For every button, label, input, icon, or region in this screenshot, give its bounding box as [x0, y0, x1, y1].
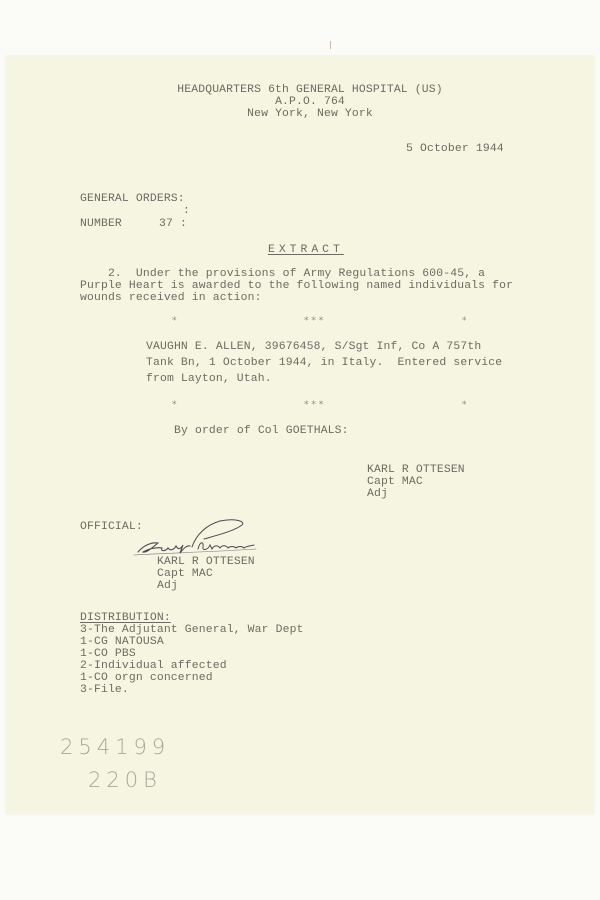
signatory-name: KARL R OTTESEN	[367, 464, 465, 476]
signatory-rank: Capt MAC	[367, 476, 423, 488]
document-scan: HEADQUARTERS 6th GENERAL HOSPITAL (US) A…	[0, 0, 600, 900]
letterhead-line-1: HEADQUARTERS 6th GENERAL HOSPITAL (US)	[150, 84, 470, 96]
separator-stars-middle: * * *	[304, 400, 323, 410]
handwritten-signature	[130, 515, 265, 560]
separator-stars-middle: * * *	[304, 316, 323, 326]
official-title: Adj	[157, 580, 178, 592]
pencil-note-line-1: 254199	[60, 735, 170, 759]
signatory-title: Adj	[367, 488, 388, 500]
official-name: KARL R OTTESEN	[157, 556, 255, 568]
citation-line-3: from Layton, Utah.	[146, 373, 272, 385]
distribution-item: 3-File.	[80, 684, 129, 696]
citation-line-2: Tank Bn, 1 October 1944, in Italy. Enter…	[146, 357, 502, 369]
separator-star-right: *	[462, 316, 467, 326]
scan-mark	[330, 41, 331, 49]
paragraph-line-2: Purple Heart is awarded to the following…	[80, 280, 513, 292]
distribution-item: 1-CO orgn concerned	[80, 672, 213, 684]
citation-line-1: VAUGHN E. ALLEN, 39676458, S/Sgt Inf, Co…	[146, 341, 481, 353]
order-number-label: NUMBER	[80, 218, 122, 230]
pencil-note-line-2: 220B	[88, 768, 162, 792]
general-orders-label: GENERAL ORDERS:	[80, 193, 185, 205]
order-date: 5 October 1944	[406, 143, 504, 155]
extract-heading: EXTRACT	[268, 244, 344, 256]
separator-star-left: *	[172, 400, 177, 410]
order-number-value: 37 :	[159, 218, 187, 230]
distribution-item: 1-CG NATOUSA	[80, 636, 164, 648]
by-order-line: By order of Col GOETHALS:	[174, 425, 349, 437]
distribution-item: 1-CO PBS	[80, 648, 136, 660]
letterhead-line-3: New York, New York	[150, 108, 470, 120]
general-orders-colon: :	[183, 205, 190, 217]
distribution-item: 3-The Adjutant General, War Dept	[80, 624, 304, 636]
paragraph-line-1: 2. Under the provisions of Army Regulati…	[80, 268, 485, 280]
paragraph-line-3: wounds received in action:	[80, 292, 262, 304]
distribution-item: 2-Individual affected	[80, 660, 227, 672]
official-rank: Capt MAC	[157, 568, 213, 580]
separator-star-right: *	[462, 400, 467, 410]
letterhead-line-2: A.P.O. 764	[150, 96, 470, 108]
distribution-heading: DISTRIBUTION:	[80, 612, 171, 624]
separator-star-left: *	[172, 316, 177, 326]
